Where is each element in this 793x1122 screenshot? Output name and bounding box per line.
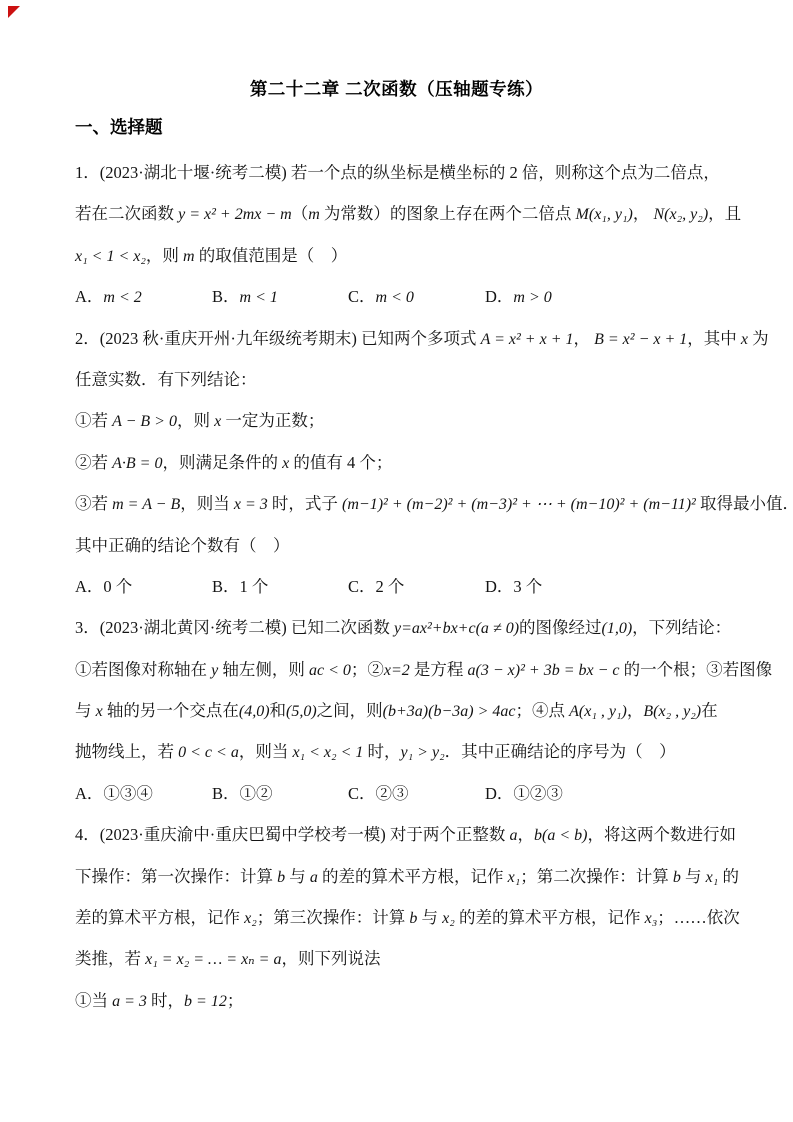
q3-line-1: 3．(2023·湖北黄冈·统考二模) 已知二次函数 y=ax²+bx+c(a ≠… <box>75 607 763 648</box>
q2-conclusion-2: ②若 A·B = 0，则满足条件的 x 的值有 4 个； <box>75 442 763 483</box>
q4-line-2-text-run: ；第二次操作：计算 <box>520 867 673 886</box>
q2-conclusion-3-math-expression: m = A − B <box>112 496 180 513</box>
q1-options-c: C．m < 0 <box>348 276 485 317</box>
q3-line-3-text-run: 之间，则 <box>317 701 383 720</box>
q1-line-2-math-expression: y = x² + 2mx − m <box>178 206 292 223</box>
q1-line-2-text-run: 为常数）的图象上存在两个二倍点 <box>320 204 576 223</box>
q3-line-2-text-run: 轴左侧，则 <box>218 660 309 679</box>
q4-statement-1-text-run: 时， <box>147 991 184 1010</box>
q3-line-4-math-expression: x₁ < x₂ < 1 <box>292 744 363 761</box>
q1-line-2-text-run: ，且 <box>708 204 741 223</box>
q3-line-1-text-run: 的图像经过 <box>519 618 602 637</box>
q4-line-4-text-run: 类推，若 <box>75 949 145 968</box>
q2-options-d: D．3 个 <box>485 566 763 607</box>
q2-summary-text-run: 其中正确的结论个数有（ ） <box>75 536 290 555</box>
q3-line-1-math-expression: y=ax²+bx+c(a ≠ 0) <box>394 620 519 637</box>
q4-line-2-text-run: 与 <box>681 867 706 886</box>
q1-options-a-text-run: A． <box>75 287 103 306</box>
q3-line-2-math-expression: x=2 <box>384 662 410 679</box>
q2-line-2-text-run: 任意实数．有下列结论： <box>75 370 257 389</box>
q2-summary: 其中正确的结论个数有（ ） <box>75 525 763 566</box>
q4-statement-1: ①当 a = 3 时，b = 12； <box>75 980 763 1021</box>
q1-line-3-text-run: 的取值范围是（ ） <box>195 246 348 265</box>
q3-line-3-text-run: 在 <box>701 701 718 720</box>
q3-line-2-math-expression: a(3 − x)² + 3b = bx − c <box>468 662 620 679</box>
document-body: 1．(2023·湖北十堰·统考二模) 若一个点的纵坐标是横坐标的 2 倍，则称这… <box>75 152 763 1021</box>
q4-line-2-math-expression: a <box>310 869 318 886</box>
page-title: 第二十二章 二次函数（压轴题专练） <box>0 76 793 101</box>
q3-line-3-math-expression: x <box>96 703 103 720</box>
q4-line-3-text-run: 与 <box>417 908 442 927</box>
q4-line-2-text-run: 下操作：第一次操作：计算 <box>75 867 277 886</box>
q2-options-b-text-run: B．1 个 <box>212 577 268 596</box>
q3-line-2-math-expression: ac < 0 <box>309 662 351 679</box>
q2-conclusion-1-text-run: 一定为正数； <box>221 411 324 430</box>
q2-line-2: 任意实数．有下列结论： <box>75 359 763 400</box>
q1-options-d-math-expression: m > 0 <box>513 289 551 306</box>
q1-line-3: x₁ < 1 < x₂，则 m 的取值范围是（ ） <box>75 235 763 276</box>
q2-conclusion-1: ①若 A − B > 0，则 x 一定为正数； <box>75 400 763 441</box>
q3-line-2: ①若图像对称轴在 y 轴左侧，则 ac < 0；②x=2 是方程 a(3 − x… <box>75 649 763 690</box>
q1-options-b-text-run: B． <box>212 287 240 306</box>
q2-options-a: A．0 个 <box>75 566 212 607</box>
corner-mark-icon <box>8 6 20 18</box>
q3-options-a: A．①③④ <box>75 773 212 814</box>
q4-line-2-math-expression: x₁ <box>508 869 521 886</box>
q4-line-2: 下操作：第一次操作：计算 b 与 a 的差的算术平方根，记作 x₁；第二次操作：… <box>75 856 763 897</box>
q1-line-2-math-expression: M(x₁, y₁) <box>576 206 633 223</box>
q2-conclusion-3-text-run: ③若 <box>75 494 112 513</box>
q3-line-2-text-run: 的一个根；③若图像 <box>620 660 773 679</box>
q1-options-a-math-expression: m < 2 <box>103 289 141 306</box>
q3-line-4-math-expression: 0 < c < a <box>178 744 239 761</box>
q3-options-b-text-run: B．①② <box>212 784 273 803</box>
q4-line-3-math-expression: x₂ <box>244 910 257 927</box>
q3-line-4-text-run: 抛物线上，若 <box>75 742 178 761</box>
q3-options-b: B．①② <box>212 773 348 814</box>
q1-line-3-math-expression: m <box>183 248 195 265</box>
q2-conclusion-3-text-run: 取得最小值． <box>696 494 793 513</box>
q3-options-d-text-run: D．①②③ <box>485 784 563 803</box>
q3-line-3-math-expression: (4,0) <box>239 703 270 720</box>
q4-line-1-math-expression: b(a < b) <box>534 827 587 844</box>
q3-line-4: 抛物线上，若 0 < c < a，则当 x₁ < x₂ < 1 时，y₁ > y… <box>75 731 763 772</box>
q3-line-3-text-run: 轴的另一个交点在 <box>103 701 239 720</box>
q4-line-3: 差的算术平方根，记作 x₂；第三次操作：计算 b 与 x₂ 的差的算术平方根，记… <box>75 897 763 938</box>
q1-line-1-text-run: 1．(2023·湖北十堰·统考二模) 若一个点的纵坐标是横坐标的 2 倍，则称这… <box>75 163 720 182</box>
q4-line-4-text-run: ，则下列说法 <box>281 949 380 968</box>
q1-options-d: D．m > 0 <box>485 276 763 317</box>
q4-statement-1-text-run: ； <box>227 991 244 1010</box>
q3-line-4-math-expression: y₁ > y₂ <box>401 744 445 761</box>
q2-options-c-text-run: C．2 个 <box>348 577 404 596</box>
q4-line-3-text-run: ；……依次 <box>657 908 740 927</box>
q3-line-4-text-run: 时， <box>363 742 400 761</box>
q4-line-1-text-run: ，将这两个数进行如 <box>587 825 736 844</box>
q4-line-2-text-run: 的 <box>718 867 739 886</box>
q4-line-2-text-run: 的差的算术平方根，记作 <box>318 867 508 886</box>
q3-line-1-text-run: ，下列结论： <box>632 618 731 637</box>
q3-line-3-text-run: 与 <box>75 701 96 720</box>
q2-line-1-math-expression: x <box>741 331 748 348</box>
q3-options-a-text-run: A．①③④ <box>75 784 153 803</box>
q2-conclusion-3-text-run: ，则当 <box>180 494 234 513</box>
q3-options-d: D．①②③ <box>485 773 763 814</box>
q2-options-c: C．2 个 <box>348 566 485 607</box>
q1-options-c-math-expression: m < 0 <box>376 289 414 306</box>
q2-conclusion-1-math-expression: A − B > 0 <box>112 413 177 430</box>
q4-line-3-text-run: 的差的算术平方根，记作 <box>455 908 645 927</box>
q3-line-3-math-expression: A(x₁ , y₁) <box>569 703 627 720</box>
q2-conclusion-3: ③若 m = A − B，则当 x = 3 时，式子 (m−1)² + (m−2… <box>75 483 763 524</box>
q2-conclusion-3-math-expression: x = 3 <box>234 496 268 513</box>
q4-line-1-text-run: ， <box>517 825 534 844</box>
q3-line-3-math-expression: B(x₂ , y₂) <box>643 703 701 720</box>
q2-conclusion-3-math-expression: (m−1)² + (m−2)² + (m−3)² + ⋯ + (m−10)² +… <box>342 496 696 513</box>
q3-line-4-text-run: ，则当 <box>239 742 293 761</box>
q3-line-3-math-expression: (b+3a)(b−3a) > 4ac <box>383 703 516 720</box>
q1-options-a: A．m < 2 <box>75 276 212 317</box>
q3-line-3-math-expression: (5,0) <box>286 703 317 720</box>
q1-line-2-math-expression: m <box>308 206 320 223</box>
q3-options: A．①③④B．①②C．②③D．①②③ <box>75 773 763 814</box>
q4-line-3-math-expression: x₂ <box>442 910 455 927</box>
q1-line-2-text-run: （ <box>292 204 309 223</box>
q2-line-1-text-run: 2．(2023 秋·重庆开州·九年级统考期末) 已知两个多项式 <box>75 329 481 348</box>
q1-options-b-math-expression: m < 1 <box>240 289 278 306</box>
q1-options-c-text-run: C． <box>348 287 376 306</box>
q1-line-2-math-expression: N(x₂, y₂) <box>653 206 708 223</box>
section-heading: 一、选择题 <box>75 114 163 139</box>
q3-options-c: C．②③ <box>348 773 485 814</box>
q3-line-3-text-run: ， <box>627 701 644 720</box>
q1-options-b: B．m < 1 <box>212 276 348 317</box>
q3-line-4-text-run: ．其中正确结论的序号为（ ） <box>445 742 676 761</box>
q3-line-2-text-run: 是方程 <box>410 660 468 679</box>
q1-line-1: 1．(2023·湖北十堰·统考二模) 若一个点的纵坐标是横坐标的 2 倍，则称这… <box>75 152 763 193</box>
q1-options-d-text-run: D． <box>485 287 513 306</box>
q3-line-3: 与 x 轴的另一个交点在(4,0)和(5,0)之间，则(b+3a)(b−3a) … <box>75 690 763 731</box>
q1-line-2-text-run: ， <box>633 204 654 223</box>
q2-conclusion-3-text-run: 时，式子 <box>268 494 342 513</box>
q1-line-2: 若在二次函数 y = x² + 2mx − m（m 为常数）的图象上存在两个二倍… <box>75 193 763 234</box>
q4-line-2-math-expression: b <box>277 869 285 886</box>
q2-options-a-text-run: A．0 个 <box>75 577 132 596</box>
q4-statement-1-math-expression: a = 3 <box>112 993 147 1010</box>
document-page: 第二十二章 二次函数（压轴题专练） 一、选择题 1．(2023·湖北十堰·统考二… <box>0 0 793 1122</box>
q2-conclusion-2-text-run: ，则满足条件的 <box>162 453 282 472</box>
q2-conclusion-1-text-run: ，则 <box>177 411 214 430</box>
q1-options: A．m < 2B．m < 1C．m < 0D．m > 0 <box>75 276 763 317</box>
q2-line-1: 2．(2023 秋·重庆开州·九年级统考期末) 已知两个多项式 A = x² +… <box>75 318 763 359</box>
q2-line-1-text-run: ，其中 <box>687 329 741 348</box>
q3-options-c-text-run: C．②③ <box>348 784 409 803</box>
q4-line-2-math-expression: b <box>673 869 681 886</box>
q4-line-3-text-run: 差的算术平方根，记作 <box>75 908 244 927</box>
q3-line-2-text-run: ①若图像对称轴在 <box>75 660 211 679</box>
q3-line-1-math-expression: (1,0) <box>602 620 633 637</box>
q1-line-2-text-run: 若在二次函数 <box>75 204 178 223</box>
q4-line-4-math-expression: x₁ = x₂ = … = xₙ = a <box>145 951 281 968</box>
q2-conclusion-2-text-run: 的值有 4 个； <box>289 453 392 472</box>
q4-line-1: 4．(2023·重庆渝中·重庆巴蜀中学校考一模) 对于两个正整数 a，b(a <… <box>75 814 763 855</box>
q2-line-1-math-expression: B = x² − x + 1 <box>594 331 687 348</box>
q4-statement-1-math-expression: b = 12 <box>184 993 227 1010</box>
q2-line-1-text-run: 为 <box>748 329 769 348</box>
q4-line-2-text-run: 与 <box>285 867 310 886</box>
q2-conclusion-2-text-run: ②若 <box>75 453 112 472</box>
q4-line-4: 类推，若 x₁ = x₂ = … = xₙ = a，则下列说法 <box>75 938 763 979</box>
q3-line-3-text-run: 和 <box>270 701 287 720</box>
q1-line-3-math-expression: x₁ < 1 < x₂ <box>75 248 146 265</box>
q2-line-1-math-expression: A = x² + x + 1 <box>481 331 574 348</box>
q2-line-1-text-run: ， <box>573 329 594 348</box>
q4-line-3-math-expression: x₃ <box>645 910 658 927</box>
q4-line-1-text-run: 4．(2023·重庆渝中·重庆巴蜀中学校考一模) 对于两个正整数 <box>75 825 509 844</box>
q3-line-2-text-run: ；② <box>351 660 384 679</box>
q3-line-3-text-run: ；④点 <box>515 701 569 720</box>
q2-options: A．0 个B．1 个C．2 个D．3 个 <box>75 566 763 607</box>
q4-statement-1-text-run: ①当 <box>75 991 112 1010</box>
q2-options-b: B．1 个 <box>212 566 348 607</box>
q3-line-1-text-run: 3．(2023·湖北黄冈·统考二模) 已知二次函数 <box>75 618 394 637</box>
q4-line-3-text-run: ；第三次操作：计算 <box>257 908 410 927</box>
q2-conclusion-1-text-run: ①若 <box>75 411 112 430</box>
q4-line-2-math-expression: x₁ <box>706 869 719 886</box>
q2-options-d-text-run: D．3 个 <box>485 577 542 596</box>
q1-line-3-text-run: ，则 <box>146 246 183 265</box>
q2-conclusion-2-math-expression: A·B = 0 <box>112 455 162 472</box>
